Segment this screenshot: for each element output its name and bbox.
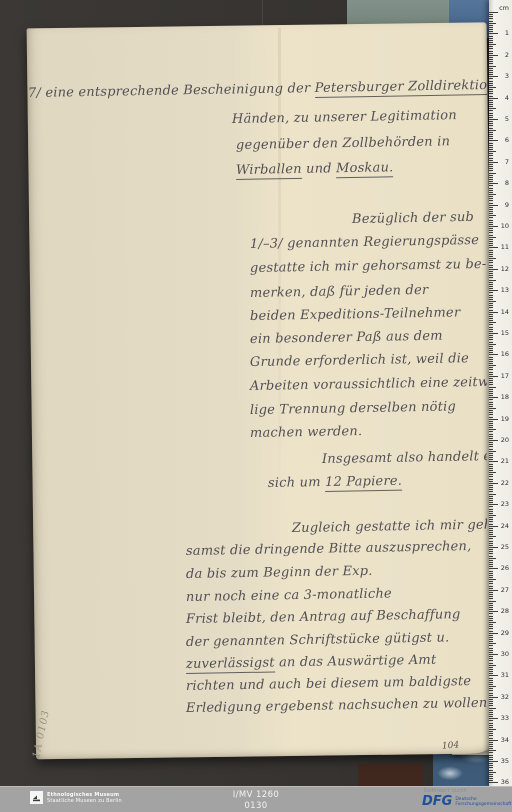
ruler-tick xyxy=(489,573,493,574)
ruler-number: 20 xyxy=(501,436,509,444)
ruler-tick xyxy=(489,310,493,311)
ruler-tick xyxy=(489,446,493,447)
ruler-tick xyxy=(489,663,493,664)
ruler-tick xyxy=(489,130,496,131)
ruler-tick xyxy=(489,303,493,304)
ruler-tick xyxy=(489,357,493,358)
ruler-number: 7 xyxy=(505,158,509,166)
ruler-tick xyxy=(489,577,493,578)
ruler-tick xyxy=(489,322,496,323)
ruler-tick xyxy=(489,393,493,394)
ruler-tick xyxy=(489,605,493,606)
ruler-number: 13 xyxy=(501,286,509,294)
ruler-tick xyxy=(489,491,493,492)
ruler-tick xyxy=(489,344,496,345)
ruler-number: 32 xyxy=(501,693,509,701)
ruler-tick xyxy=(489,14,493,15)
ruler-tick xyxy=(489,519,493,520)
ruler-tick xyxy=(489,295,493,296)
ruler-tick xyxy=(489,269,498,270)
ruler-tick xyxy=(489,66,496,67)
ruler-tick xyxy=(489,774,493,775)
ruler-tick xyxy=(489,536,496,537)
ruler-tick xyxy=(489,688,493,689)
ruler-tick xyxy=(489,434,493,435)
ruler-tick xyxy=(489,421,493,422)
ruler-tick xyxy=(489,780,493,781)
ruler-tick xyxy=(489,744,493,745)
ruler-tick xyxy=(489,53,493,54)
ruler-tick xyxy=(489,205,498,206)
ruler-tick xyxy=(489,723,493,724)
ruler-tick xyxy=(489,596,493,597)
museum-name: Ethnologisches Museum xyxy=(47,792,122,798)
ruler-tick xyxy=(489,538,493,539)
ruler-tick xyxy=(489,767,493,768)
ruler-tick xyxy=(489,714,493,715)
ruler-tick xyxy=(489,564,493,565)
museum-organisation: Staatliche Museen zu Berlin xyxy=(47,798,122,804)
ruler-tick xyxy=(489,273,493,274)
ruler-tick xyxy=(489,194,496,195)
ruler-tick xyxy=(489,705,493,706)
ruler-tick xyxy=(489,549,493,550)
ruler-number: 12 xyxy=(501,265,509,273)
ruler-tick xyxy=(489,288,493,289)
ruler-tick xyxy=(489,46,493,47)
ruler-tick xyxy=(489,72,493,73)
ruler-tick xyxy=(489,479,493,480)
ruler-tick xyxy=(489,40,493,41)
ruler-tick xyxy=(489,192,493,193)
ruler-tick xyxy=(489,145,493,146)
ruler-tick xyxy=(489,280,496,281)
ruler-tick xyxy=(489,42,493,43)
ruler-tick xyxy=(489,504,498,505)
ruler-tick xyxy=(489,183,498,184)
ruler-tick xyxy=(489,380,493,381)
ruler-tick xyxy=(489,412,493,413)
dfg-acronym: DFG xyxy=(422,795,452,808)
ruler-tick xyxy=(489,761,498,762)
ruler-tick xyxy=(489,258,496,259)
ruler-tick xyxy=(489,594,493,595)
ruler-tick xyxy=(489,318,493,319)
ruler-tick xyxy=(489,168,493,169)
ruler-tick xyxy=(489,408,496,409)
ruler-tick xyxy=(489,628,493,629)
ruler-tick xyxy=(489,301,496,302)
ruler-tick xyxy=(489,423,493,424)
ruler-tick xyxy=(489,635,493,636)
ruler-tick xyxy=(489,188,493,189)
ruler-tick xyxy=(489,232,493,233)
ruler-tick xyxy=(489,222,493,223)
ruler-tick xyxy=(489,592,493,593)
ruler-tick xyxy=(489,365,496,366)
ruler-unit-label: cm xyxy=(499,4,509,12)
ruler-tick xyxy=(489,305,493,306)
ruler-tick xyxy=(489,327,493,328)
ruler-tick xyxy=(489,622,496,623)
ruler-tick xyxy=(489,87,496,88)
ruler-tick xyxy=(489,138,493,139)
ruler-tick xyxy=(489,778,493,779)
ruler-number: 18 xyxy=(501,393,509,401)
ruler-tick xyxy=(489,500,493,501)
ruler-tick xyxy=(489,633,498,634)
ruler-tick xyxy=(489,759,493,760)
ruler-number: 8 xyxy=(505,179,509,187)
ruler-tick xyxy=(489,211,493,212)
ruler-tick xyxy=(489,346,493,347)
ruler-tick xyxy=(489,78,493,79)
ruler-tick xyxy=(489,641,493,642)
ruler-tick xyxy=(489,337,493,338)
ruler-tick xyxy=(489,643,496,644)
ruler-tick xyxy=(489,170,493,171)
ruler-tick xyxy=(489,361,493,362)
ruler-tick xyxy=(489,284,493,285)
ruler-tick xyxy=(489,348,493,349)
page-crease xyxy=(278,28,281,528)
ruler-tick xyxy=(489,175,493,176)
ruler-tick xyxy=(489,474,493,475)
ruler-tick xyxy=(489,680,493,681)
ruler-tick xyxy=(489,588,493,589)
ruler-tick xyxy=(489,750,496,751)
ruler-tick xyxy=(489,648,493,649)
image-number: 0130 xyxy=(120,801,392,812)
ruler-number: 30 xyxy=(501,650,509,658)
ruler-tick xyxy=(489,158,493,159)
ruler-tick xyxy=(489,89,493,90)
ruler-tick xyxy=(489,586,493,587)
ruler-tick xyxy=(489,431,493,432)
ruler-tick xyxy=(489,290,498,291)
ruler-tick xyxy=(489,33,498,34)
ruler-tick xyxy=(489,247,498,248)
ruler-tick xyxy=(489,620,493,621)
ruler-tick xyxy=(489,230,493,231)
ruler-tick xyxy=(489,485,493,486)
ruler-tick xyxy=(489,173,496,174)
ruler-tick xyxy=(489,44,496,45)
ruler-tick xyxy=(489,678,493,679)
ruler-tick xyxy=(489,699,493,700)
ruler-tick xyxy=(489,391,493,392)
ruler-tick xyxy=(489,136,493,137)
archival-photo-stage: 103 7/ eine entsprechende Bescheinigung … xyxy=(0,0,512,812)
ruler-number: 19 xyxy=(501,415,509,423)
ruler-tick xyxy=(489,339,493,340)
museum-credit: Ethnologisches Museum Staatliche Museen … xyxy=(30,791,122,804)
ruler-tick xyxy=(489,410,493,411)
dfg-full-name: Deutsche Forschungsgemeinschaft xyxy=(455,797,511,807)
ruler-tick xyxy=(489,742,493,743)
ruler-tick xyxy=(489,177,493,178)
ruler-tick xyxy=(489,660,493,661)
ruler-tick xyxy=(489,267,493,268)
dfg-credit: Gefördert durch DFG Deutsche Forschungsg… xyxy=(422,788,508,808)
ruler-tick xyxy=(489,220,493,221)
ruler-tick xyxy=(489,93,493,94)
ruler-tick xyxy=(489,359,493,360)
ruler-number: 34 xyxy=(501,736,509,744)
ruler-tick xyxy=(489,682,493,683)
ruler-tick xyxy=(489,489,493,490)
ruler-tick xyxy=(489,530,493,531)
ruler-number: 31 xyxy=(501,671,509,679)
ruler-tick xyxy=(489,367,493,368)
ruler-tick xyxy=(489,207,493,208)
ruler-tick xyxy=(489,590,498,591)
ruler-tick xyxy=(489,399,493,400)
ruler-tick xyxy=(489,571,493,572)
ruler-tick xyxy=(489,228,493,229)
ruler-tick xyxy=(489,292,493,293)
ruler-number: 14 xyxy=(501,308,509,316)
ruler-tick xyxy=(489,763,493,764)
ruler-tick xyxy=(489,395,493,396)
ruler-tick xyxy=(489,91,493,92)
ruler-tick xyxy=(489,117,493,118)
ruler-tick xyxy=(489,21,493,22)
ruler-tick xyxy=(489,517,493,518)
ruler-tick xyxy=(489,575,493,576)
smb-logo-icon xyxy=(30,791,43,804)
ruler-tick xyxy=(489,654,498,655)
ruler-number: 9 xyxy=(505,201,509,209)
ruler-tick xyxy=(489,166,493,167)
ruler: cm 1234567891011121314151617181920212223… xyxy=(489,0,512,786)
ruler-tick xyxy=(489,213,493,214)
ruler-tick xyxy=(489,451,496,452)
ruler-tick xyxy=(489,746,493,747)
ruler-tick xyxy=(489,476,493,477)
ruler-tick xyxy=(489,645,493,646)
ruler-tick xyxy=(489,511,493,512)
museum-credit-text: Ethnologisches Museum Staatliche Museen … xyxy=(47,792,122,804)
ruler-tick xyxy=(489,51,493,52)
ruler-tick xyxy=(489,48,493,49)
ruler-tick xyxy=(489,331,493,332)
ruler-tick xyxy=(489,541,493,542)
ruler-tick xyxy=(489,427,493,428)
ruler-tick xyxy=(489,547,498,548)
ruler-tick xyxy=(489,556,493,557)
ruler-tick xyxy=(489,417,493,418)
ruler-tick xyxy=(489,352,493,353)
ruler-tick xyxy=(489,498,493,499)
ruler-tick xyxy=(489,235,493,236)
ruler-tick xyxy=(489,18,493,19)
ruler-tick xyxy=(489,286,493,287)
ruler-tick xyxy=(489,209,493,210)
ruler-tick xyxy=(489,241,493,242)
ruler-tick xyxy=(489,470,493,471)
dfg-name-line2: Forschungsgemeinschaft xyxy=(455,802,511,807)
ruler-number: 35 xyxy=(501,757,509,765)
ruler-tick xyxy=(489,342,493,343)
ruler-tick xyxy=(489,140,498,141)
ruler-tick xyxy=(489,277,493,278)
ruler-tick xyxy=(489,387,496,388)
ruler-tick xyxy=(489,528,493,529)
ruler-tick xyxy=(489,196,493,197)
ruler-number: 15 xyxy=(501,329,509,337)
ruler-number: 24 xyxy=(501,522,509,530)
ruler-tick xyxy=(489,609,493,610)
ruler-tick xyxy=(489,108,496,109)
ruler-tick xyxy=(489,521,493,522)
ruler-tick xyxy=(489,652,493,653)
manuscript-page xyxy=(27,22,497,759)
ruler-tick xyxy=(489,98,498,99)
ruler-tick xyxy=(489,725,493,726)
ruler-number: 1 xyxy=(505,29,509,37)
ruler-tick xyxy=(489,83,493,84)
ruler-number: 22 xyxy=(501,479,509,487)
ruler-tick xyxy=(489,378,493,379)
ruler-tick xyxy=(489,16,493,17)
ruler-tick xyxy=(489,708,496,709)
ruler-number: 16 xyxy=(501,350,509,358)
ruler-number: 4 xyxy=(505,94,509,102)
ruler-tick xyxy=(489,461,498,462)
ruler-tick xyxy=(489,752,493,753)
ruler-tick xyxy=(489,631,493,632)
ruler-number: 17 xyxy=(501,372,509,380)
ruler-tick xyxy=(489,74,493,75)
ruler-tick xyxy=(489,772,496,773)
ruler-tick xyxy=(489,119,498,120)
ruler-tick xyxy=(489,282,493,283)
ruler-tick xyxy=(489,215,496,216)
book-spine-fragment xyxy=(358,764,423,786)
ruler-tick xyxy=(489,735,493,736)
ruler-number: 25 xyxy=(501,543,509,551)
ruler-tick xyxy=(489,23,496,24)
ruler-tick xyxy=(489,320,493,321)
ruler-tick xyxy=(489,716,493,717)
ruler-tick xyxy=(489,624,493,625)
ruler-tick xyxy=(489,81,493,82)
ruler-tick xyxy=(489,601,496,602)
ruler-tick xyxy=(489,31,493,32)
ruler-tick xyxy=(489,429,496,430)
ruler-tick xyxy=(489,425,493,426)
ruler-tick xyxy=(489,153,493,154)
ruler-tick xyxy=(489,217,493,218)
ruler-tick xyxy=(489,382,493,383)
ruler-number: 27 xyxy=(501,586,509,594)
ruler-number: 6 xyxy=(505,136,509,144)
ruler-tick xyxy=(489,250,493,251)
ruler-tick xyxy=(489,436,493,437)
ruler-tick xyxy=(489,262,493,263)
ruler-tick xyxy=(489,96,493,97)
ruler-tick xyxy=(489,618,493,619)
ruler-tick xyxy=(489,151,496,152)
current-page-number: 104 xyxy=(442,740,460,751)
ruler-tick xyxy=(489,190,493,191)
ruler-tick xyxy=(489,265,493,266)
ruler-tick xyxy=(489,494,496,495)
ruler-tick xyxy=(489,350,493,351)
ruler-tick xyxy=(489,693,493,694)
ruler-tick xyxy=(489,85,493,86)
ruler-tick xyxy=(489,583,493,584)
ruler-tick xyxy=(489,179,493,180)
ruler-tick xyxy=(489,701,493,702)
ruler-tick xyxy=(489,770,493,771)
ruler-number: 26 xyxy=(501,564,509,572)
ruler-tick xyxy=(489,36,493,37)
ruler-tick xyxy=(489,61,493,62)
ruler-tick xyxy=(489,748,493,749)
ruler-tick xyxy=(489,121,493,122)
ruler-tick xyxy=(489,650,493,651)
ruler-tick xyxy=(489,729,496,730)
ruler-tick xyxy=(489,449,493,450)
ruler-tick xyxy=(489,134,493,135)
ruler-tick xyxy=(489,25,493,26)
ruler-tick xyxy=(489,243,493,244)
ruler-tick xyxy=(489,524,493,525)
ruler-tick xyxy=(489,553,493,554)
ruler-tick xyxy=(489,254,493,255)
dfg-logo: DFG Deutsche Forschungsgemeinschaft xyxy=(422,795,508,808)
ruler-tick xyxy=(489,755,493,756)
ruler-tick xyxy=(489,376,498,377)
ruler-tick xyxy=(489,335,493,336)
ruler-tick xyxy=(489,224,493,225)
ruler-tick xyxy=(489,712,493,713)
ruler-tick xyxy=(489,727,493,728)
ruler-number: 11 xyxy=(501,243,509,251)
ruler-tick xyxy=(489,275,493,276)
ruler-tick xyxy=(489,406,493,407)
ruler-tick xyxy=(489,710,493,711)
ruler-tick xyxy=(489,38,493,39)
ruler-tick xyxy=(489,149,493,150)
ruler-tick xyxy=(489,526,498,527)
ruler-tick xyxy=(489,245,493,246)
ruler-tick xyxy=(489,534,493,535)
ruler-tick xyxy=(489,125,493,126)
ruler-tick xyxy=(489,198,493,199)
ruler-tick xyxy=(489,515,496,516)
ruler-tick xyxy=(489,466,493,467)
ruler-tick xyxy=(489,252,493,253)
ruler-tick xyxy=(489,487,493,488)
ruler-tick xyxy=(489,673,493,674)
ruler-tick xyxy=(489,464,493,465)
ruler-tick xyxy=(489,147,493,148)
ruler-tick xyxy=(489,675,498,676)
ruler-tick xyxy=(489,690,493,691)
ruler-tick xyxy=(489,532,493,533)
ruler-tick xyxy=(489,354,498,355)
ruler-tick xyxy=(489,506,493,507)
ruler-tick xyxy=(489,731,493,732)
ruler-tick xyxy=(489,162,498,163)
ruler-tick xyxy=(489,29,493,30)
ruler-tick xyxy=(489,203,493,204)
ruler-tick xyxy=(489,671,493,672)
ruler-tick xyxy=(489,545,493,546)
